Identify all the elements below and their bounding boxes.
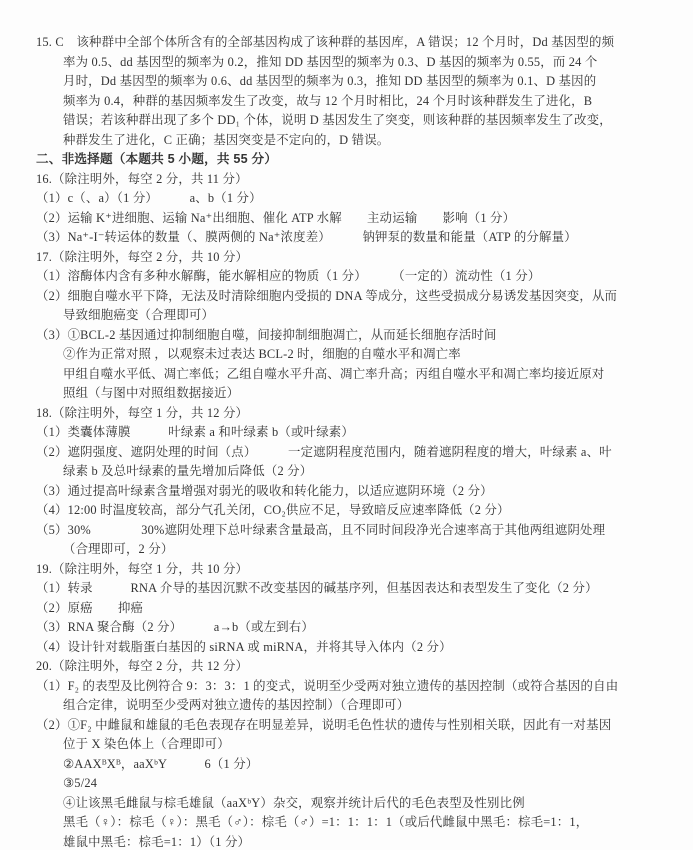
q19-answer-3: （3）RNA 聚合酶（2 分） a→b（或左到右） <box>36 618 681 638</box>
q20-answer-2-sub2: ②AAXᴮXᴮ，aaXᵇY 6（1 分） <box>36 755 681 775</box>
q17-answer-3-sub2-line-3: 照组（与图中对照组数据接近） <box>36 384 681 404</box>
q16-answer-2: （2）运输 K⁺进细胞、运输 Na⁺出细胞、催化 ATP 水解 主动运输 影响（… <box>36 209 681 229</box>
section-2-header: 二、非选择题（本题共 5 小题，共 55 分） <box>36 150 681 170</box>
q20-answer-2-sub1-line-2: 位于 X 染色体上（合理即可） <box>36 735 681 755</box>
q18-answer-3: （3）通过提高叶绿素含量增强对弱光的吸收和转化能力，以适应遮阴环境（2 分） <box>36 482 681 502</box>
q17-answer-2-line-1: （2）细胞自噬水平下降，无法及时清除细胞内受损的 DNA 等成分，这些受损成分易… <box>36 287 681 307</box>
q16-answer-3: （3）Na⁺-I⁻转运体的数量（、膜两侧的 Na⁺浓度差） 钠钾泵的数量和能量（… <box>36 228 681 248</box>
q19-answer-4: （4）设计针对载脂蛋白基因的 siRNA 或 miRNA，并将其导入体内（2 分… <box>36 638 681 658</box>
q20-answer-1-line-1: （1）F₂ 的表型及比例符合 9：3：3：1 的变式，说明至少受两对独立遗传的基… <box>36 677 681 697</box>
q18-answer-1: （1）类囊体薄膜 叶绿素 a 和叶绿素 b（或叶绿素） <box>36 423 681 443</box>
q19-answer-2: （2）原癌 抑癌 <box>36 599 681 619</box>
q20-answer-2-sub4-line-3: 雄鼠中黑毛：棕毛=1：1）（1 分） <box>36 833 681 850</box>
q17-answer-1: （1）溶酶体内含有多种水解酶，能水解相应的物质（1 分） （一定的）流动性（1 … <box>36 267 681 287</box>
q17-answer-3-sub1: （3）①BCL-2 基因通过抑制细胞自噬，间接抑制细胞凋亡，从而延长细胞存活时间 <box>36 326 681 346</box>
q15-answer-line-5: 错误；若该种群出现了多个 DD₁ 个体，说明 D 基因发生了突变，则该种群的基因… <box>36 111 681 131</box>
q15-answer-line-1: 15. C 该种群中全部个体所含有的全部基因构成了该种群的基因库，A 错误；12… <box>36 33 681 53</box>
q17-answer-3-sub2-line-1: ②作为正常对照 ，以观察未过表达 BCL-2 时，细胞的自噬水平和凋亡率 <box>36 345 681 365</box>
answer-key-page: 15. C 该种群中全部个体所含有的全部基因构成了该种群的基因库，A 错误；12… <box>0 0 693 850</box>
q15-answer-line-2: 率为 0.5、dd 基因型的频率为 0.2，推知 DD 基因型的频率为 0.3、… <box>36 53 681 73</box>
q20-header: 20.（除注明外，每空 2 分，共 12 分） <box>36 657 681 677</box>
q17-header: 17.（除注明外，每空 2 分，共 10 分） <box>36 248 681 268</box>
q16-answer-1: （1）c（、a）（1 分） a、b（1 分） <box>36 189 681 209</box>
q20-answer-2-sub1-line-1: （2）①F₂ 中雌鼠和雄鼠的毛色表现存在明显差异，说明毛色性状的遗传与性别相关联… <box>36 716 681 736</box>
q20-answer-2-sub4-line-2: 黑毛（♀）：棕毛（♀）：黑毛（♂）：棕毛（♂）=1：1：1：1（或后代雌鼠中黑毛… <box>36 813 681 833</box>
q20-answer-2-sub3: ③5/24 <box>36 774 681 794</box>
q19-answer-1: （1）转录 RNA 介导的基因沉默不改变基因的碱基序列，但基因表达和表型发生了变… <box>36 579 681 599</box>
q17-answer-2-line-2: 导致细胞癌变（合理即可） <box>36 306 681 326</box>
q15-answer-line-3: 月时，Dd 基因型的频率为 0.6、dd 基因型的频率为 0.3，推知 DD 基… <box>36 72 681 92</box>
q15-answer-line-6: 种群发生了进化，C 正确；基因突变是不定向的，D 错误。 <box>36 131 681 151</box>
q20-answer-1-line-2: 组合定律，说明至少受两对独立遗传的基因控制）（合理即可） <box>36 696 681 716</box>
q15-answer-line-4: 频率为 0.4，种群的基因频率发生了改变，故与 12 个月时相比，24 个月时该… <box>36 92 681 112</box>
q20-answer-2-sub4-line-1: ④让该黑毛雌鼠与棕毛雄鼠（aaXᵇY）杂交，观察并统计后代的毛色表型及性别比例 <box>36 794 681 814</box>
q18-answer-5-line-1: （5）30% 30%遮阴处理下总叶绿素含量最高，且不同时间段净光合速率高于其他两… <box>36 521 681 541</box>
q18-answer-2-line-1: （2）遮阴强度、遮阴处理的时间（点） 一定遮阴程度范围内，随着遮阴程度的增大，叶… <box>36 443 681 463</box>
q19-header: 19.（除注明外，每空 1 分，共 10 分） <box>36 560 681 580</box>
q16-header: 16.（除注明外，每空 2 分，共 11 分） <box>36 170 681 190</box>
q18-answer-4: （4）12:00 时温度较高，部分气孔关闭，CO₂供应不足，导致暗反应速率降低（… <box>36 501 681 521</box>
q18-answer-2-line-2: 绿素 b 及总叶绿素的量先增加后降低（2 分） <box>36 462 681 482</box>
q18-header: 18.（除注明外，每空 1 分，共 12 分） <box>36 404 681 424</box>
q18-answer-5-line-2: （合理即可，2 分） <box>36 540 681 560</box>
q17-answer-3-sub2-line-2: 甲组自噬水平低、凋亡率低；乙组自噬水平升高、凋亡率升高；丙组自噬水平和凋亡率均接… <box>36 365 681 385</box>
